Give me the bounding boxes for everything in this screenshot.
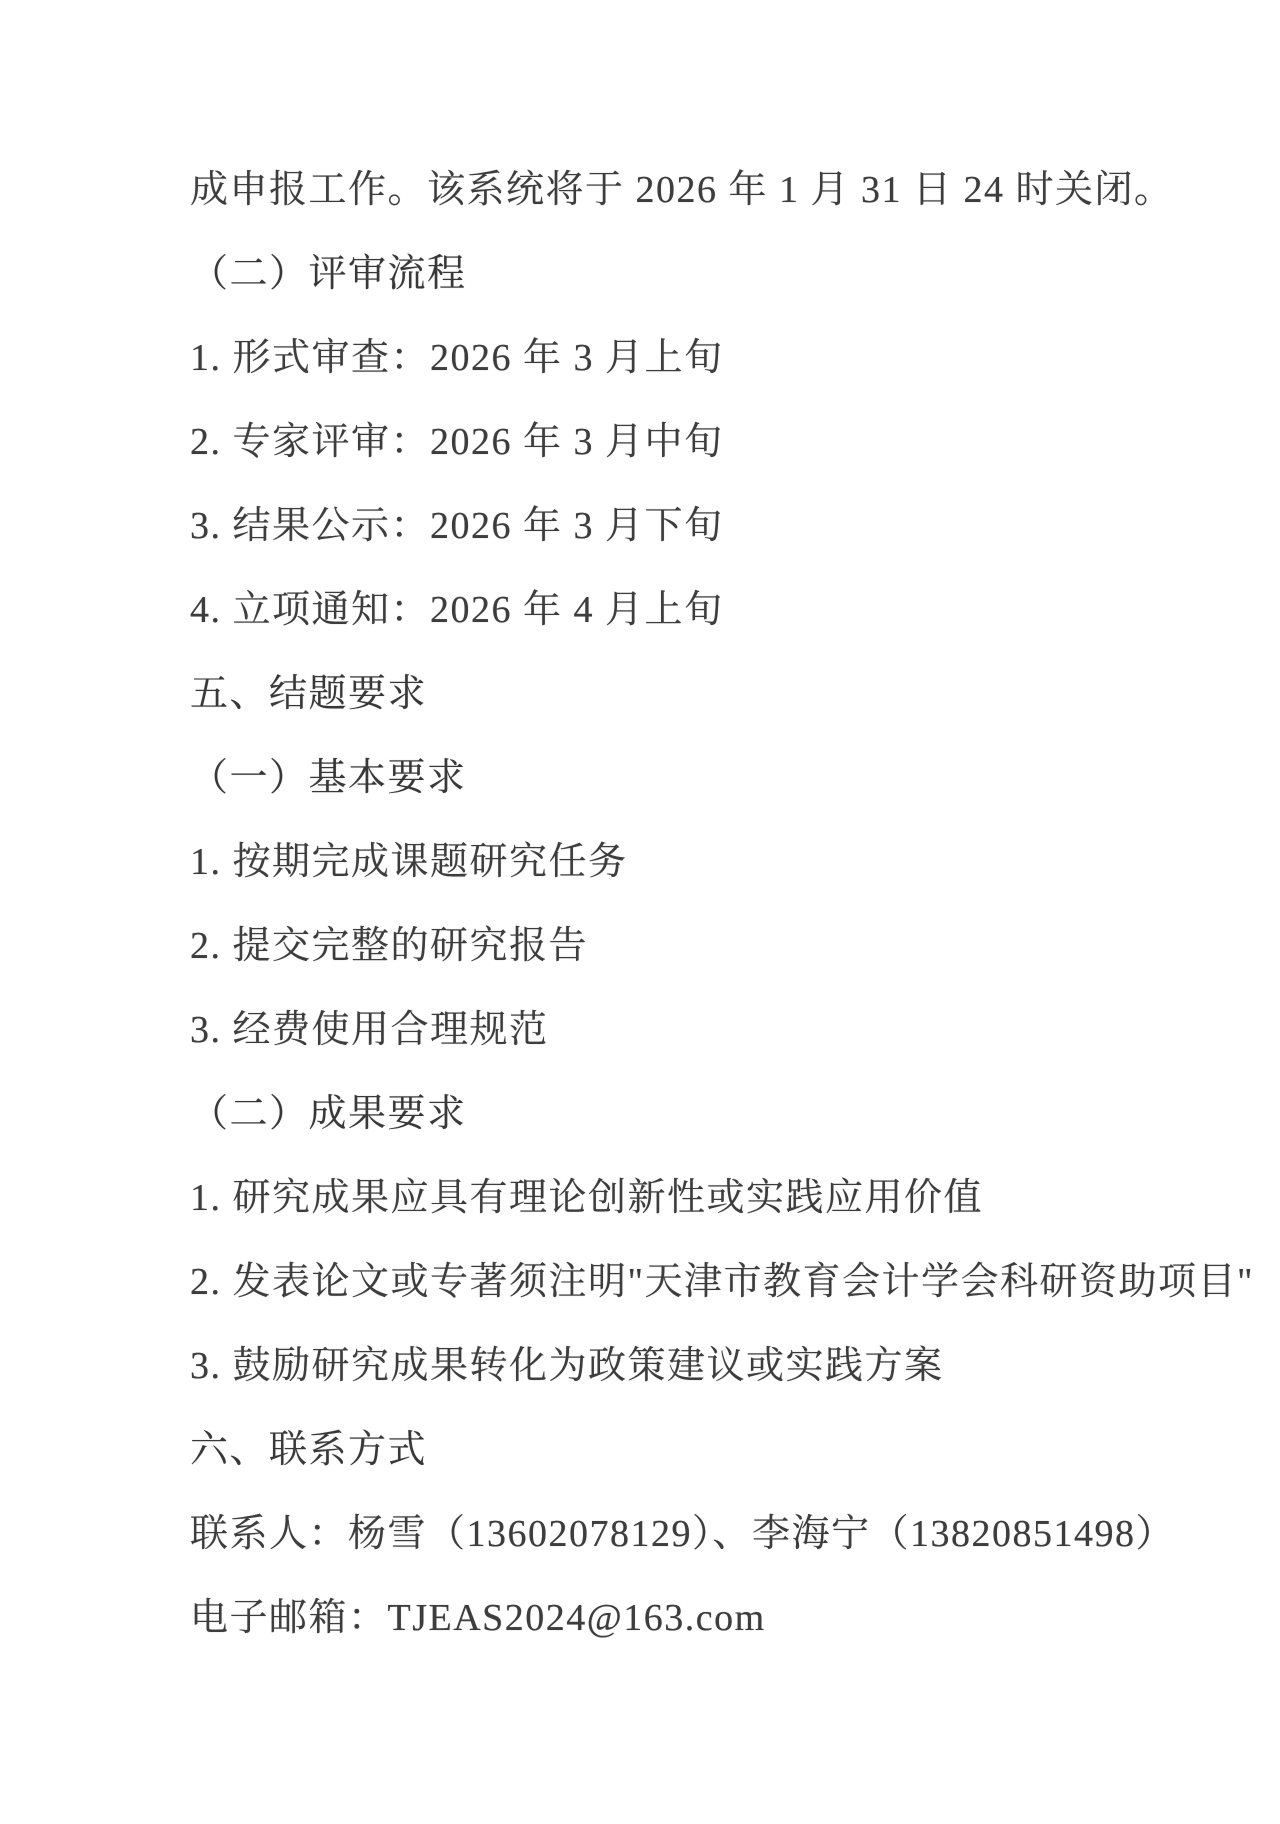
section-heading-completion-requirements: 五、结题要求 [190,652,1220,736]
section-heading-contact-info: 六、联系方式 [190,1408,1220,1492]
review-step-expert-review: 2. 专家评审：2026 年 3 月中旬 [190,400,1220,484]
outcome-requirement-1: 1. 研究成果应具有理论创新性或实践应用价值 [190,1156,1220,1240]
subsection-heading-review-process: （二）评审流程 [190,232,1220,316]
document-text-block: 成申报工作。该系统将于 2026 年 1 月 31 日 24 时关闭。 （二）评… [190,148,1220,1660]
basic-requirement-2: 2. 提交完整的研究报告 [190,904,1220,988]
basic-requirement-1: 1. 按期完成课题研究任务 [190,820,1220,904]
subsection-heading-basic-requirements: （一）基本要求 [190,736,1220,820]
subsection-heading-outcome-requirements: （二）成果要求 [190,1072,1220,1156]
contact-person-line: 联系人：杨雪（13602078129）、李海宁（13820851498） [190,1492,1220,1576]
outcome-requirement-3: 3. 鼓励研究成果转化为政策建议或实践方案 [190,1324,1220,1408]
review-step-result-publicity: 3. 结果公示：2026 年 3 月下旬 [190,484,1220,568]
outcome-requirement-2: 2. 发表论文或专著须注明"天津市教育会计学会科研资助项目" [190,1240,1220,1324]
review-step-formal-check: 1. 形式审查：2026 年 3 月上旬 [190,316,1220,400]
body-continuation-line: 成申报工作。该系统将于 2026 年 1 月 31 日 24 时关闭。 [190,148,1220,232]
contact-email-line: 电子邮箱：TJEAS2024@163.com [190,1576,1220,1660]
document-page: 成申报工作。该系统将于 2026 年 1 月 31 日 24 时关闭。 （二）评… [0,0,1280,1824]
basic-requirement-3: 3. 经费使用合理规范 [190,988,1220,1072]
review-step-approval-notice: 4. 立项通知：2026 年 4 月上旬 [190,568,1220,652]
